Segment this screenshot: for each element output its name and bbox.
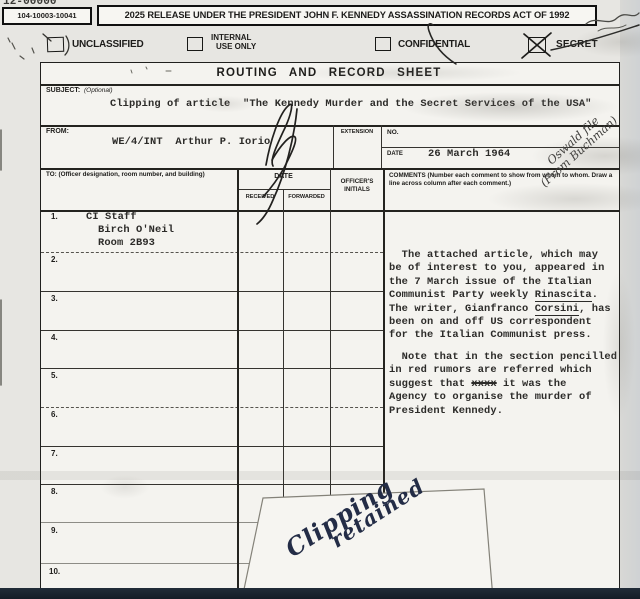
bottom-scan-bar bbox=[0, 588, 640, 599]
paper-slip bbox=[0, 0, 640, 599]
scanned-routing-sheet: 12-00000 104-10003-10041 2025 RELEASE UN… bbox=[0, 0, 640, 599]
